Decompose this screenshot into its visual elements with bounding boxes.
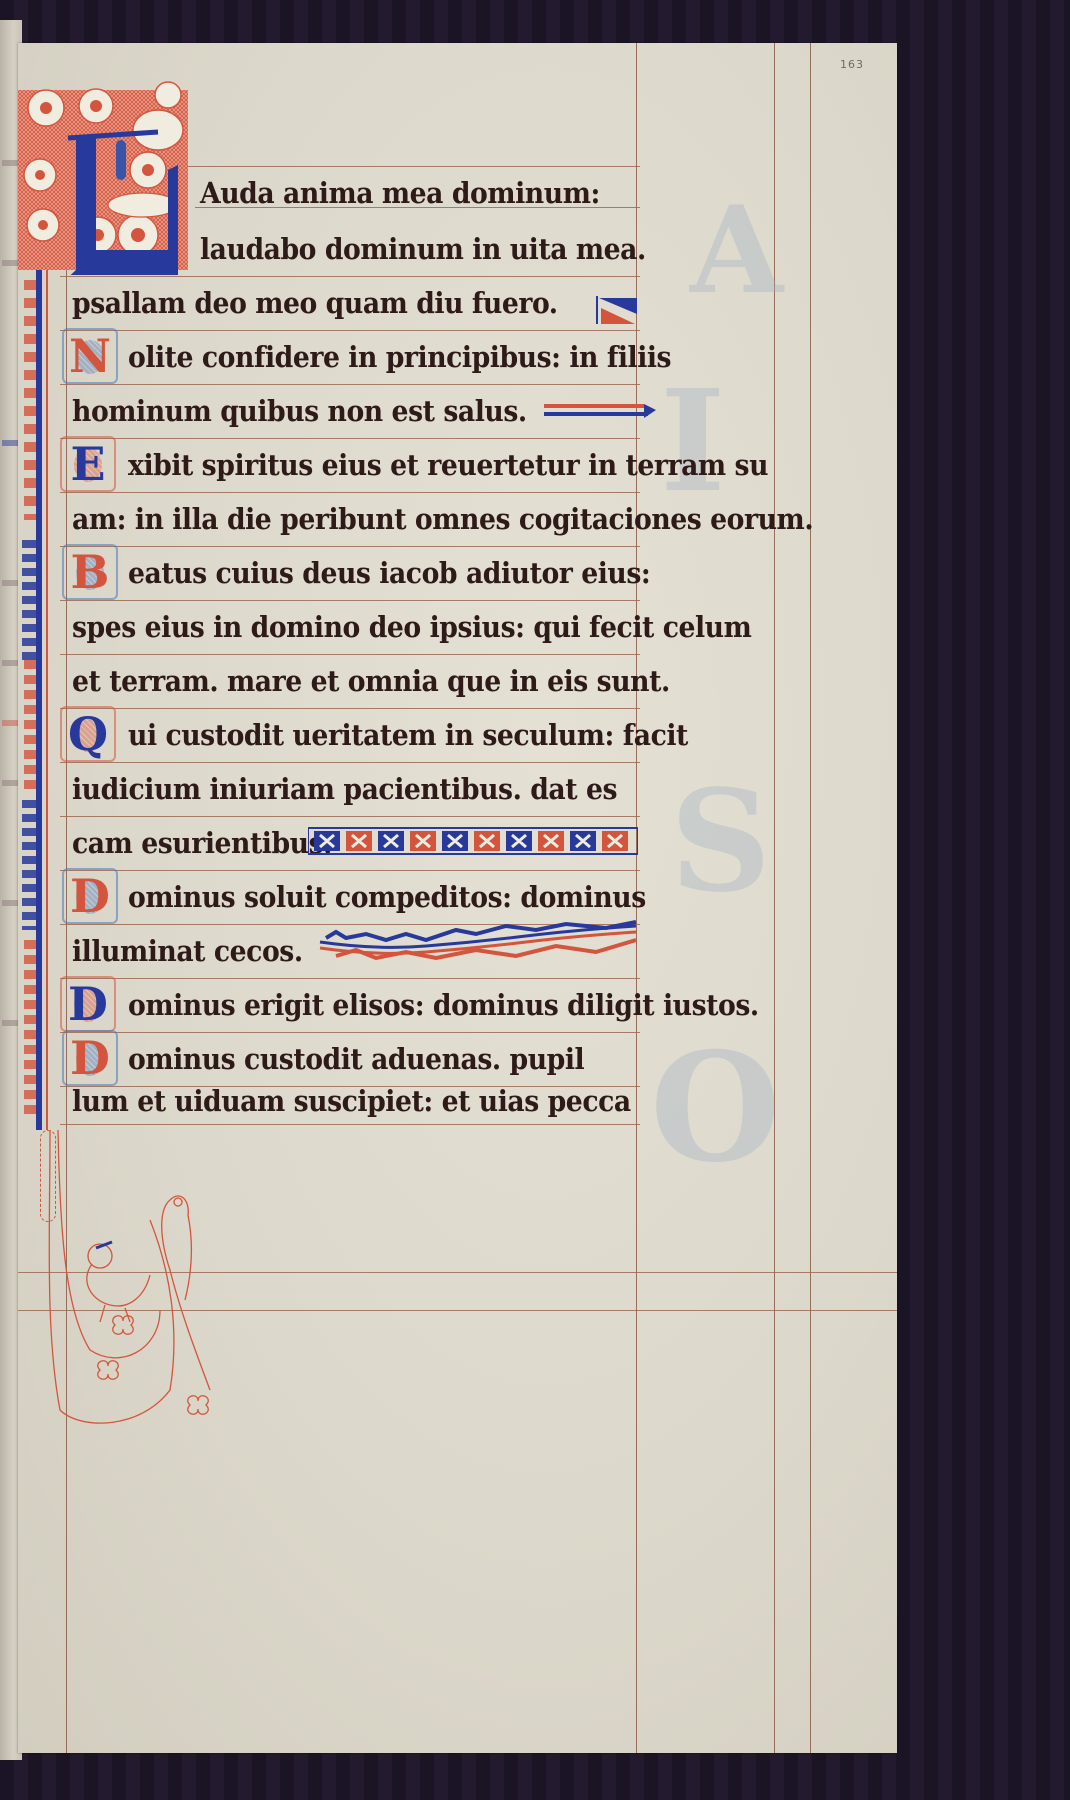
initial-d-2: D [62,978,114,1030]
text-line-6: xibit spiritus eius et reuertetur in ter… [128,442,698,488]
text-line-10: et terram. mare et omnia que in eis sunt… [72,658,642,704]
bas-de-page-drollery [20,1130,240,1430]
initial-d-1: D [64,870,116,922]
text-line-12: iudicium iniuriam pacientibus. dat es [72,766,642,812]
text-line-3: psallam deo meo quam diu fuero. [72,280,642,326]
initial-d-3: D [64,1032,116,1084]
bleed-through-initial: A [690,180,783,321]
text-line-16: ominus erigit elisos: dominus diligit iu… [128,982,698,1028]
text-line-18: lum et uiduam suscipiet: et uias pecca [72,1078,642,1124]
line-filler-pennant [595,294,640,328]
line-filler-wave [316,920,656,960]
text-line-4: olite confidere in principibus: in filii… [128,334,698,380]
line-filler-arrow [540,400,658,424]
text-line-1: Auda anima mea dominum: [200,170,640,216]
historiated-initial-l [18,60,193,270]
text-line-8: eatus cuius deus iacob adiutor eius: [128,550,698,596]
text-line-14: ominus soluit compeditos: dominus [128,874,698,920]
line-filler-checkered [308,826,638,856]
folio-number: 163 [840,58,864,71]
initial-b: B [64,546,116,598]
text-line-17: ominus custodit aduenas. pupil [128,1036,698,1082]
initial-q: Q [62,708,114,760]
text-line-7: am: in illa die peribunt omnes cogitacio… [72,496,642,542]
text-line-11: ui custodit ueritatem in seculum: facit [128,712,698,758]
text-line-9: spes eius in domino deo ipsius: qui feci… [72,604,642,650]
initial-e: E [62,438,114,490]
text-line-2: laudabo dominum in uita mea. [200,226,640,272]
initial-n: N [64,330,116,382]
